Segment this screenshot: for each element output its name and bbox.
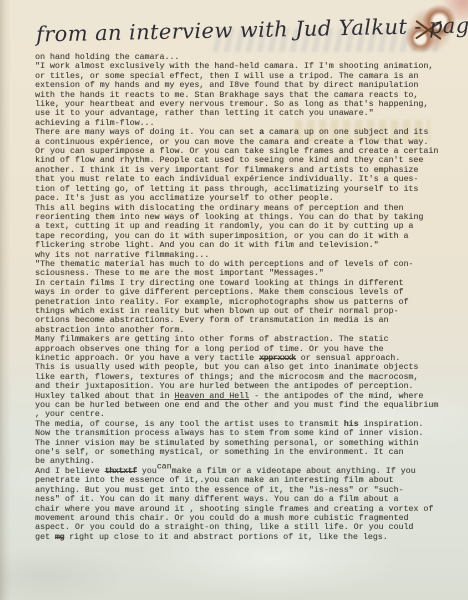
typed-line: tape recording, you can do it with super… [35,232,438,241]
typed-line: There are many ways of doing it. You can… [35,128,438,137]
typed-line: In certain films I try directing one tow… [35,279,438,288]
typed-line: approach observes one thing for a long p… [35,345,438,354]
typed-line: The inner vision may be stimulated by so… [35,439,438,448]
typed-line: Huxley talked about that in Heaven and H… [35,392,438,401]
typed-line: abstraction into another form. [35,326,438,335]
typed-line: tion of letting go, of letting it pass t… [35,185,438,194]
typed-line: a continuous expérience, or you can move… [35,138,438,147]
typed-line: sciousness. These to me are the most imp… [35,269,438,278]
typed-line: ways in order to give different percepti… [35,288,438,297]
typed-line: chair where you mave around it , shootin… [35,505,438,514]
typed-line: or titles, or some special effect, then … [35,72,438,81]
typed-line: ness" of it. You can do it many differen… [35,495,438,504]
typed-line: anything. But you must get into the esse… [35,486,438,495]
typed-line: flickering strobe light. And you can do … [35,241,438,250]
typed-line: aspect. Or you could do a straight-on th… [35,523,438,532]
typed-line: get mg right up close to it and abstract… [35,533,438,542]
typed-line: kinetic approach. Or you have a very tac… [35,354,438,363]
typed-line: one's self, or something mystical, or so… [35,448,438,457]
typed-line: "I work almost exclusively with the hand… [35,62,438,71]
typed-line: Now the transmition process always has t… [35,429,438,438]
typed-line: you can be hurled between one end and th… [35,401,438,410]
typed-line: and their juxtaposition. You are hurled … [35,382,438,391]
typed-line: This all begins with dislocating the ord… [35,204,438,213]
typed-line: a text, cutting it up and reading it ran… [35,222,438,231]
typed-line: use it to your advantage, rather than le… [35,109,438,118]
typed-line: This is usually used with people, but yo… [35,363,438,372]
typed-line: extension of my hands and my eyes, and I… [35,81,438,90]
typed-line: pace. It's just as you acclimatize yours… [35,194,438,203]
typed-line: penetrate into the essence of it,.you ca… [35,476,438,485]
typed-line: reorienting them into new ways of lookin… [35,213,438,222]
typed-line: another. I think it is very important fo… [35,166,438,175]
typed-line: why its not narrative filmmaking... [35,251,438,260]
typed-line: And I believe thxtxtf youcanmake a film … [35,467,438,476]
typed-line: The media, of course, is any tool the ar… [35,420,438,429]
typed-line: things which exist in reality but when b… [35,307,438,316]
typed-line: Many filmmakers are getting into other f… [35,335,438,344]
typed-line: be anything. [35,457,438,466]
typed-line: "The thematic material has much to do wi… [35,260,438,269]
typed-line: that you must relate to each individual … [35,175,438,184]
typed-line: kind of flow and rhythm. People cat used… [35,156,438,165]
typed-line: penetration into reality. For example, m… [35,298,438,307]
typed-line: ortions become abstractions. Every form … [35,316,438,325]
scanned-document: from an interview with Jud Yalkut - page… [0,0,468,600]
typed-line: movement around this chair. Or you could… [35,514,438,523]
typed-line: on hand holding the camara... [35,53,438,62]
typed-line: like earth, flowers, textures of things;… [35,373,438,382]
typed-text: on hand holding the camara..."I work alm… [35,53,438,542]
typed-line: with the hands it reacts to me. Stan Bra… [35,91,438,100]
typed-line: achieving a film-flow... [35,119,438,128]
typed-line: , your centre. [35,410,438,419]
